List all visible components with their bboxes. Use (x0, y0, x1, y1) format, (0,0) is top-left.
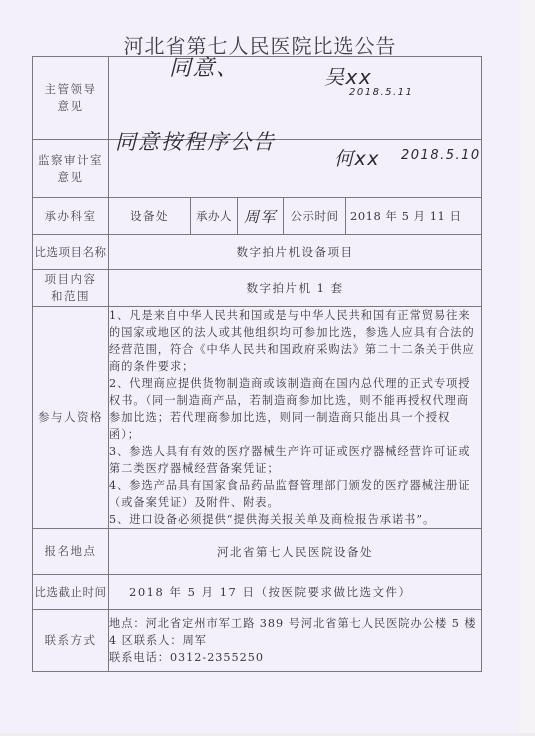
row-project-name: 比选项目名称 数字拍片机设备项目 (33, 235, 482, 270)
project-scope-value: 数字拍片机 1 套 (109, 270, 482, 307)
audit-signature-date: 2018.5.10 (401, 148, 481, 163)
row-project-scope: 项目内容 和范围 数字拍片机 1 套 (33, 270, 482, 307)
leader-signature: 吴xx (324, 61, 372, 90)
document-title: 河北省第七人民医院比选公告 (0, 30, 520, 59)
row-qualifications: 参与人资格 1、凡是来自中华人民共和国或是与中华人民共和国有正常贸易往来的国家或… (33, 307, 482, 529)
registration-label: 报名地点 (33, 529, 109, 575)
publish-time-label: 公示时间 (284, 198, 346, 235)
label-line: 主管领导 (33, 81, 108, 98)
deadline-value: 2018 年 5 月 17 日（按医院要求做比选文件） (109, 575, 482, 610)
scan-edge-right (520, 0, 535, 736)
project-scope-label: 项目内容 和范围 (33, 270, 109, 307)
announcement-form-table: 主管领导 意见 同意、 吴xx 2018.5.11 监察审计室 意见 同意按程序… (32, 56, 482, 672)
row-handling: 承办科室 设备处 承办人 周军 公示时间 2018 年 5 月 11 日 (33, 198, 482, 235)
qualifications-label: 参与人资格 (33, 307, 109, 529)
qualification-item: 3、参选人具有有效的医疗器械生产许可证或医疗器械经营许可证或第二类医疗器械经营备… (109, 443, 481, 477)
contact-address: 地点：河北省定州市军工路 389 号河北省第七人民医院办公楼 5 楼 4 区联系… (109, 615, 481, 649)
row-deadline: 比选截止时间 2018 年 5 月 17 日（按医院要求做比选文件） (33, 575, 482, 610)
handler-signature: 周军 (238, 198, 284, 235)
label-line: 和范围 (33, 288, 108, 305)
contact-details: 地点：河北省定州市军工路 389 号河北省第七人民医院办公楼 5 楼 4 区联系… (109, 610, 482, 672)
qualification-item: 2、代理商应提供货物制造商或该制造商在国内总代理的正式专项授权书。（同一制造商产… (109, 375, 481, 443)
handwritten-audit-note: 同意按程序公告 (115, 126, 276, 156)
label-line: 意见 (33, 169, 108, 186)
label-line: 监察审计室 (33, 152, 108, 169)
qualification-item: 5、进口设备必须提供“提供海关报关单及商检报告承诺书”。 (109, 511, 481, 528)
handwritten-approval: 同意、 (169, 51, 240, 82)
handler-label: 承办人 (191, 198, 238, 235)
contact-phone: 联系电话：0312-2355250 (109, 649, 481, 666)
row-registration: 报名地点 河北省第七人民医院设备处 (33, 529, 482, 575)
dept-value: 设备处 (109, 198, 191, 235)
dept-label: 承办科室 (33, 198, 109, 235)
row-audit-opinion: 监察审计室 意见 同意按程序公告 何xx 2018.5.10 (33, 140, 482, 198)
leader-signature-date: 2018.5.11 (349, 87, 413, 98)
row-contact: 联系方式 地点：河北省定州市军工路 389 号河北省第七人民医院办公楼 5 楼 … (33, 610, 482, 672)
leader-opinion-label: 主管领导 意见 (33, 57, 109, 140)
qualifications-list: 1、凡是来自中华人民共和国或是与中华人民共和国有正常贸易往来的国家或地区的法人或… (109, 307, 482, 529)
qualification-item: 1、凡是来自中华人民共和国或是与中华人民共和国有正常贸易往来的国家或地区的法人或… (109, 307, 481, 375)
contact-label: 联系方式 (33, 610, 109, 672)
label-line: 项目内容 (33, 271, 108, 288)
project-name-label: 比选项目名称 (33, 235, 109, 270)
audit-opinion-cell: 同意按程序公告 何xx 2018.5.10 (109, 140, 482, 198)
registration-value: 河北省第七人民医院设备处 (109, 529, 482, 575)
publish-time-value: 2018 年 5 月 11 日 (346, 198, 482, 235)
qualification-item: 4、参选产品具有国家食品药品监督管理部门颁发的医疗器械注册证（或备案凭证）及附件… (109, 477, 481, 511)
audit-opinion-label: 监察审计室 意见 (33, 140, 109, 198)
label-line: 意见 (33, 98, 108, 115)
audit-signature: 何xx (334, 144, 380, 171)
project-name-value: 数字拍片机设备项目 (109, 235, 482, 270)
deadline-label: 比选截止时间 (33, 575, 109, 610)
